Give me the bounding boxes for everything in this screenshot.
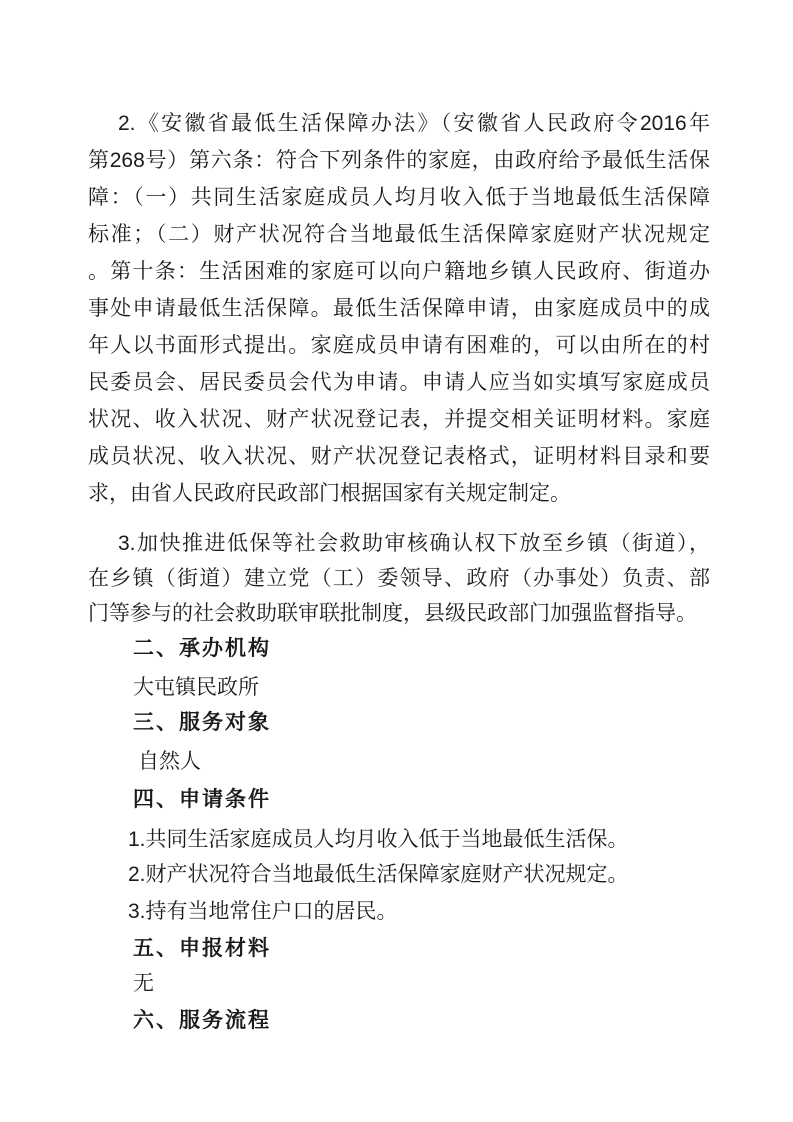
text-line: 障：（一）共同生活家庭成员人均月收入低于当地最低生活保障 [88,179,710,216]
legal-basis-paragraph-3: 3.加快推进低保等社会救助审核确认权下放至乡镇（街道），在乡镇（街道）建立党（工… [88,526,710,631]
text-line: 第268号）第六条：符合下列条件的家庭，由政府给予最低生活保 [88,142,710,179]
section-heading-service-process: 六、服务流程 [88,1003,710,1038]
section-heading-application-materials: 五、申报材料 [88,931,710,966]
text-line: 2.《安徽省最低生活保障办法》（安徽省人民政府令2016年 [88,105,710,142]
text-line: 年人以书面形式提出。家庭成员申请有困难的，可以由所在的村 [88,327,710,364]
text-line: 成员状况、收入状况、财产状况登记表格式，证明材料目录和要 [88,438,710,475]
text-line: 标准；（二）财产状况符合当地最低生活保障家庭财产状况规定 [88,216,710,253]
materials-value: 无 [88,966,710,1001]
organizer-value: 大屯镇民政所 [88,670,710,705]
document-page: 2.《安徽省最低生活保障办法》（安徽省人民政府令2016年第268号）第六条：符… [0,0,793,1122]
condition-item-1: 1.共同生活家庭成员人均月收入低于当地最低生活保。 [88,822,710,857]
text-line: 3.加快推进低保等社会救助审核确认权下放至乡镇（街道）， [88,526,710,561]
condition-item-3: 3.持有当地常住户口的居民。 [88,894,710,929]
text-line: 状况、收入状况、财产状况登记表，并提交相关证明材料。家庭 [88,401,710,438]
text-line: 。第十条：生活困难的家庭可以向户籍地乡镇人民政府、街道办 [88,253,710,290]
section-heading-service-target: 三、服务对象 [88,705,710,740]
document-sections: 二、承办机构 大屯镇民政所 三、服务对象 自然人 四、申请条件 1.共同生活家庭… [88,631,710,1038]
section-heading-organizer: 二、承办机构 [88,631,710,666]
text-line: 求，由省人民政府民政部门根据国家有关规定制定。 [88,475,710,512]
text-line: 门等参与的社会救助联审联批制度，县级民政部门加强监督指导。 [88,596,710,631]
legal-basis-paragraph-2: 2.《安徽省最低生活保障办法》（安徽省人民政府令2016年第268号）第六条：符… [88,105,710,512]
text-line: 民委员会、居民委员会代为申请。申请人应当如实填写家庭成员 [88,364,710,401]
condition-item-2: 2.财产状况符合当地最低生活保障家庭财产状况规定。 [88,857,710,892]
text-line: 事处申请最低生活保障。最低生活保障申请，由家庭成员中的成 [88,290,710,327]
service-target-value: 自然人 [88,744,710,779]
section-heading-application-conditions: 四、申请条件 [88,782,710,817]
text-line: 在乡镇（街道）建立党（工）委领导、政府（办事处）负责、部 [88,561,710,596]
